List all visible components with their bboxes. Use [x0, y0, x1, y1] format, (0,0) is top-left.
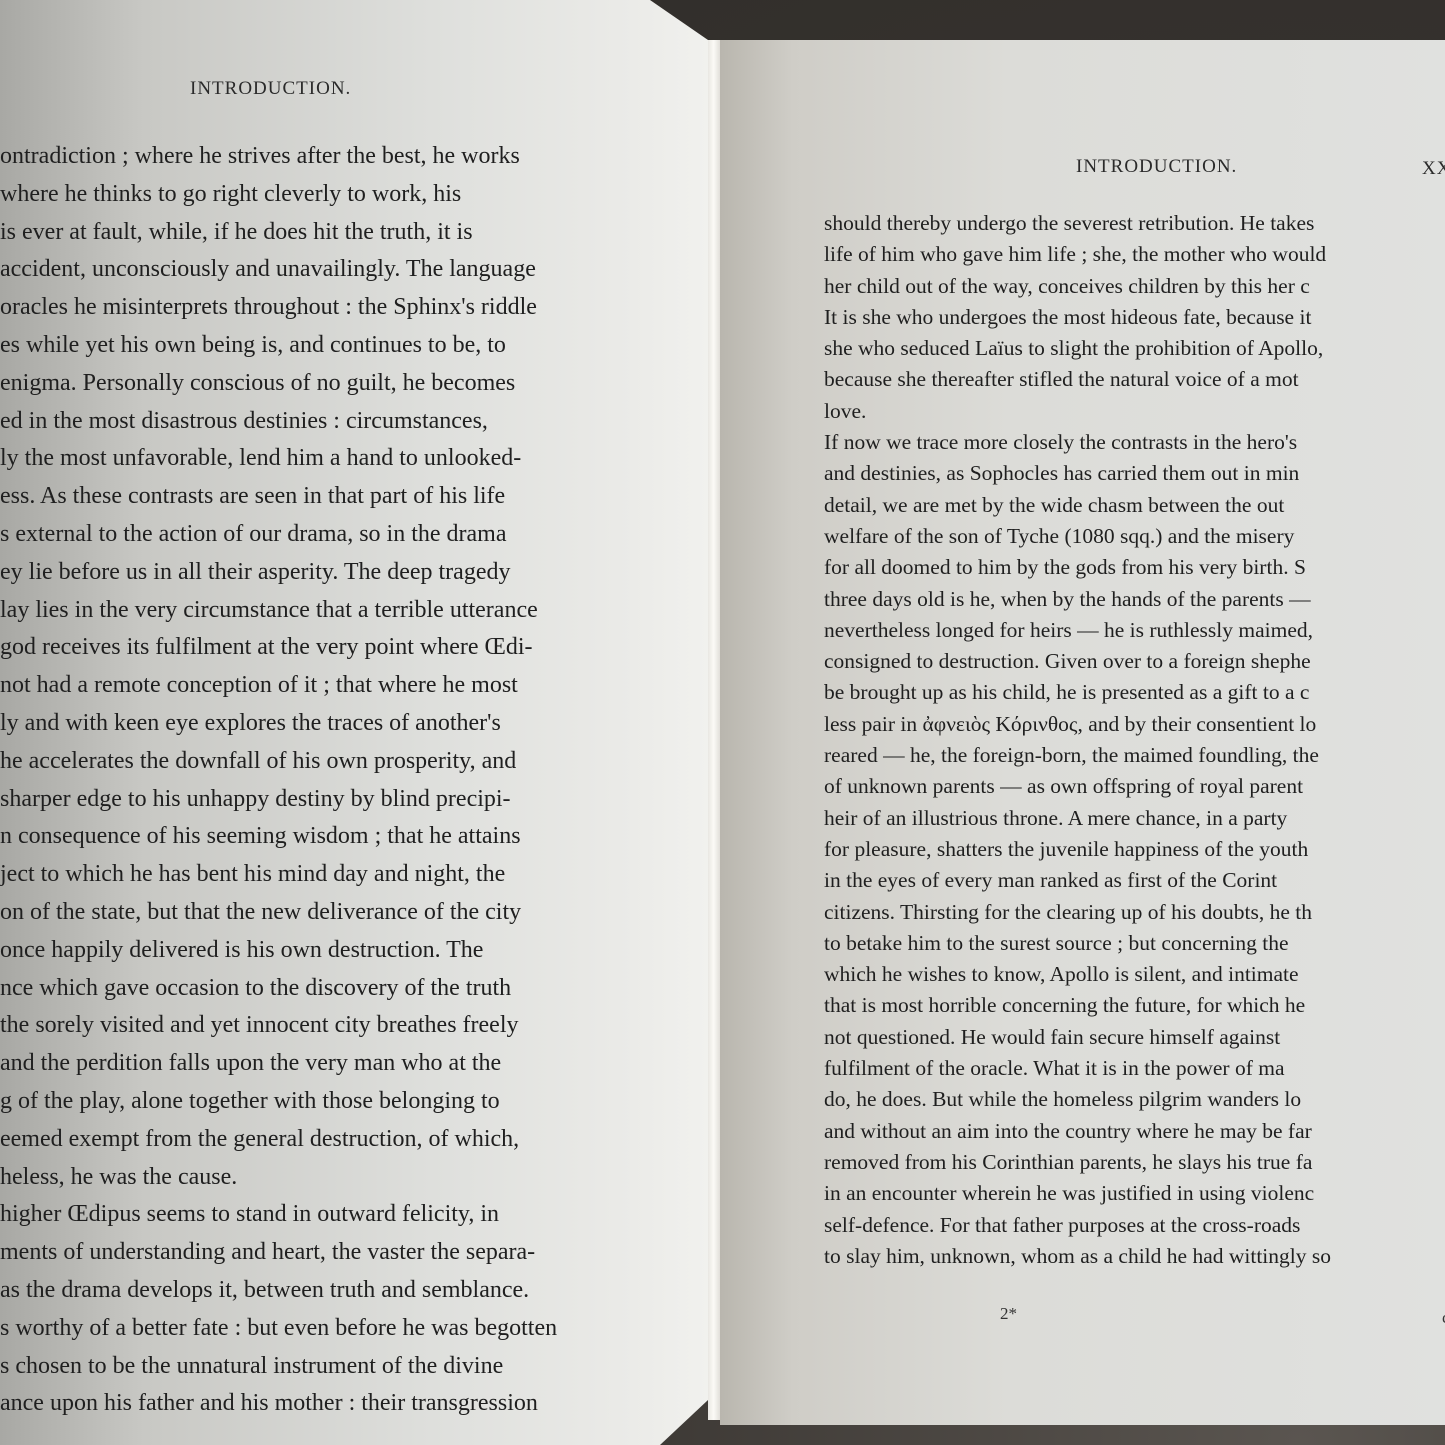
text-line: her child out of the way, conceives chil… [824, 271, 1445, 302]
text-line: that is most horrible concerning the fut… [824, 990, 1445, 1021]
text-line: as the drama develops it, between truth … [0, 1272, 700, 1310]
left-running-head: INTRODUCTION. [190, 78, 351, 100]
text-line: If now we trace more closely the contras… [824, 427, 1445, 458]
text-line: ontradiction ; where he strives after th… [0, 138, 700, 176]
left-page-text: ontradiction ; where he strives after th… [0, 138, 700, 1423]
text-line: for pleasure, shatters the juvenile happ… [824, 834, 1445, 865]
text-line: es while yet his own being is, and conti… [0, 327, 700, 365]
text-line: reared — he, the foreign-born, the maime… [824, 740, 1445, 771]
left-page: INTRODUCTION. ontradiction ; where he st… [0, 0, 720, 1445]
text-line: and destinies, as Sophocles has carried … [824, 458, 1445, 489]
text-line: consigned to destruction. Given over to … [824, 646, 1445, 677]
right-page: INTRODUCTION. XX should thereby undergo … [720, 40, 1445, 1425]
text-line: citizens. Thirsting for the clearing up … [824, 897, 1445, 928]
text-line: of unknown parents — as own offspring of… [824, 771, 1445, 802]
text-line: n consequence of his seeming wisdom ; th… [0, 818, 700, 856]
text-line: to slay him, unknown, whom as a child he… [824, 1241, 1445, 1272]
text-line: in an encounter wherein he was justified… [824, 1178, 1445, 1209]
text-line: to betake him to the surest source ; but… [824, 928, 1445, 959]
text-line: lay lies in the very circumstance that a… [0, 592, 700, 630]
text-line: s external to the action of our drama, s… [0, 516, 700, 554]
text-line: ments of understanding and heart, the va… [0, 1234, 700, 1272]
text-line: nevertheless longed for heirs — he is ru… [824, 615, 1445, 646]
text-line: removed from his Corinthian parents, he … [824, 1147, 1445, 1178]
text-line: and without an aim into the country wher… [824, 1116, 1445, 1147]
text-line: ly the most unfavorable, lend him a hand… [0, 440, 700, 478]
page-number: XX [1422, 158, 1445, 180]
text-line: less pair in ἀφνειὸς Κόρινθος, and by th… [824, 709, 1445, 740]
right-page-text: should thereby undergo the severest retr… [824, 208, 1445, 1272]
text-line: he accelerates the downfall of his own p… [0, 743, 700, 781]
text-line: heless, he was the cause. [0, 1159, 700, 1197]
text-line: welfare of the son of Tyche (1080 sqq.) … [824, 521, 1445, 552]
text-line: ject to which he has bent his mind day a… [0, 856, 700, 894]
text-line: higher Œdipus seems to stand in outward … [0, 1196, 700, 1234]
text-line: three days old is he, when by the hands … [824, 584, 1445, 615]
text-line: ed in the most disastrous destinies : ci… [0, 403, 700, 441]
text-line: ly and with keen eye explores the traces… [0, 705, 700, 743]
text-line: not questioned. He would fain secure him… [824, 1022, 1445, 1053]
text-line: not had a remote conception of it ; that… [0, 667, 700, 705]
right-running-head: INTRODUCTION. [1076, 156, 1237, 178]
text-line: the sorely visited and yet innocent city… [0, 1007, 700, 1045]
text-line: which he wishes to know, Apollo is silen… [824, 959, 1445, 990]
text-line: heir of an illustrious throne. A mere ch… [824, 803, 1445, 834]
text-line: is ever at fault, while, if he does hit … [0, 214, 700, 252]
text-line: self-defence. For that father purposes a… [824, 1210, 1445, 1241]
text-line: be brought up as his child, he is presen… [824, 677, 1445, 708]
text-line: on of the state, but that the new delive… [0, 894, 700, 932]
text-line: s worthy of a better fate : but even bef… [0, 1310, 700, 1348]
text-line: nce which gave occasion to the discovery… [0, 970, 700, 1008]
text-line: should thereby undergo the severest retr… [824, 208, 1445, 239]
text-line: s chosen to be the unnatural instrument … [0, 1348, 700, 1386]
text-line: sharper edge to his unhappy destiny by b… [0, 781, 700, 819]
text-line: eemed exempt from the general destructio… [0, 1121, 700, 1159]
text-line: oracles he misinterprets throughout : th… [0, 289, 700, 327]
text-line: ance upon his father and his mother : th… [0, 1385, 700, 1423]
text-line: in the eyes of every man ranked as first… [824, 865, 1445, 896]
text-line: do, he does. But while the homeless pilg… [824, 1084, 1445, 1115]
text-line: life of him who gave him life ; she, the… [824, 239, 1445, 270]
text-line: she who seduced Laïus to slight the proh… [824, 333, 1445, 364]
text-line: and the perdition falls upon the very ma… [0, 1045, 700, 1083]
text-line: ey lie before us in all their asperity. … [0, 554, 700, 592]
text-line: for all doomed to him by the gods from h… [824, 552, 1445, 583]
signature-mark: 2* [1000, 1304, 1017, 1324]
text-line: ess. As these contrasts are seen in that… [0, 478, 700, 516]
text-line: detail, we are met by the wide chasm bet… [824, 490, 1445, 521]
text-line: once happily delivered is his own destru… [0, 932, 700, 970]
text-line: god receives its fulfilment at the very … [0, 629, 700, 667]
text-line: g of the play, alone together with those… [0, 1083, 700, 1121]
text-line: love. [824, 396, 1445, 427]
text-line: fulfilment of the oracle. What it is in … [824, 1053, 1445, 1084]
text-line: enigma. Personally conscious of no guilt… [0, 365, 700, 403]
text-line: where he thinks to go right cleverly to … [0, 176, 700, 214]
text-line: It is she who undergoes the most hideous… [824, 302, 1445, 333]
text-line: accident, unconsciously and unavailingly… [0, 251, 700, 289]
text-line: because she thereafter stifled the natur… [824, 364, 1445, 395]
